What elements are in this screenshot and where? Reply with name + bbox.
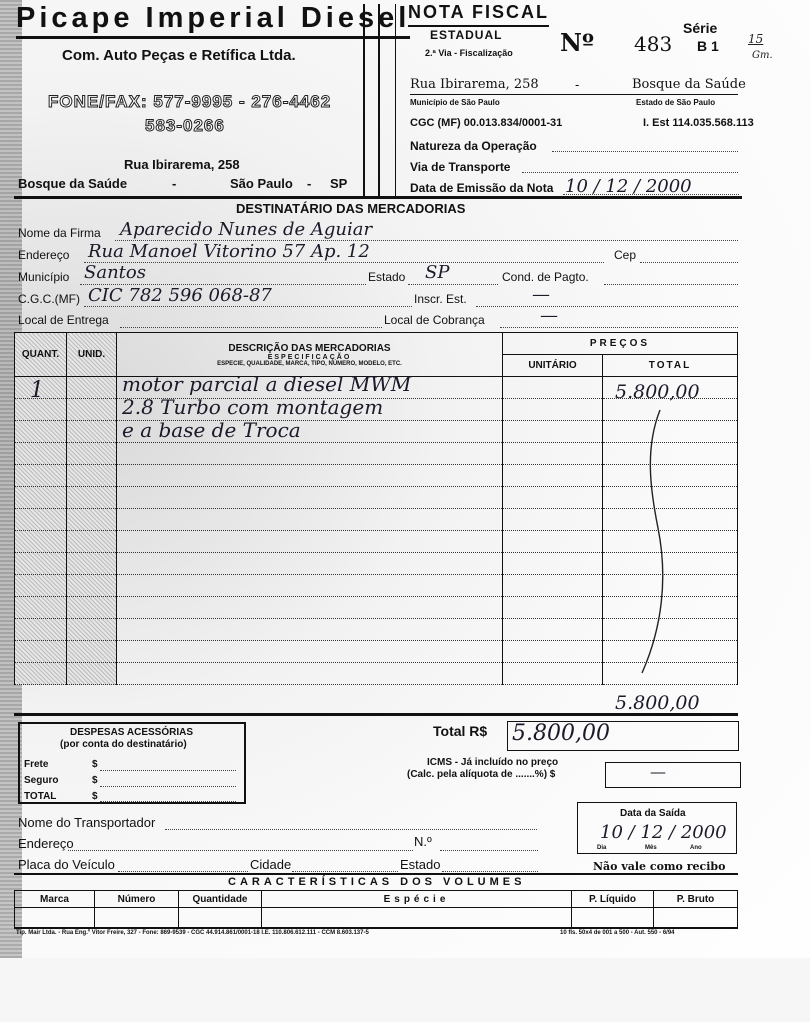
goods-row [15,597,738,619]
quantity-cell[interactable] [15,553,67,575]
icms-label: ICMS - Já incluído no preço [427,757,558,768]
issuer-name: Picape Imperial Diesel [16,2,410,39]
currency-symbol: $ [92,775,98,786]
section-divider [14,196,742,199]
expenses-total-field[interactable] [100,801,236,802]
plate-field[interactable] [118,871,248,872]
description-cell[interactable] [117,531,503,553]
recipient-ie-field [476,306,738,307]
volumes-title: CARACTERÍSTICAS DOS VOLUMES [228,876,525,888]
recipient-cep-field[interactable] [640,262,738,263]
unit-price-cell[interactable] [503,553,603,575]
unit-cell[interactable] [67,597,117,619]
unit-cell[interactable] [67,487,117,509]
issue-date-label: Data de Emissão da Nota [410,181,553,195]
exit-date-label: Data da Saída [620,808,686,819]
carrier-label: Nome do Transportador [18,815,155,830]
invoice-street: Rua Ibirarema, 258 [410,77,539,92]
item-description-line: e a base de Troca [122,419,411,442]
brand-cell[interactable] [15,908,95,928]
printer-imprint: Tip. Mair Ltda. - Rua Eng.º Vitor Freire… [16,930,369,936]
scan-bottom-margin [0,958,810,1022]
unit-cell[interactable] [67,399,117,421]
description-cell[interactable] [117,509,503,531]
recipient-ie-value[interactable]: — [532,284,550,305]
item-description-line: 2.8 Turbo com montagem [122,396,411,419]
item-quantity[interactable]: 1 [30,378,44,403]
header-divider [395,4,396,196]
recipient-state-value[interactable]: SP [425,262,449,283]
unit-price-cell[interactable] [503,641,603,663]
invoice-cgc: CGC (MF) 00.013.834/0001-31 [410,117,562,129]
handwritten-bracket-mark [640,408,680,678]
unit-cell[interactable] [67,619,117,641]
unit-price-cell[interactable] [503,399,603,421]
unit-cell[interactable] [67,575,117,597]
col-number-header: Número [95,891,179,908]
section-divider [14,713,738,716]
description-sub: ESPECIE, QUALIDADE, MARCA, TIPO, NÚMERO,… [117,361,502,367]
unit-price-cell[interactable] [503,619,603,641]
issuer-phone-2: 583-0266 [145,116,225,136]
issuer-street: Rua Ibirarema, 258 [124,157,240,172]
invoice-number: 483 [634,32,672,56]
recipient-address-value[interactable]: Rua Manoel Vitorino 57 Ap. 12 [88,241,370,262]
total-label: Total R$ [433,723,487,739]
recipient-billing-value[interactable]: — [540,305,558,326]
recipient-delivery-field[interactable] [120,327,382,328]
unit-price-cell[interactable] [503,421,603,443]
description-cell[interactable] [117,553,503,575]
quantity-cell[interactable] [15,619,67,641]
recipient-ie-label: Inscr. Est. [414,292,467,306]
day-label: Dia [597,845,606,851]
unit-cell[interactable] [67,377,117,399]
unit-price-cell[interactable] [503,531,603,553]
number-cell[interactable] [95,908,179,928]
description-title: DESCRIÇÃO DAS MERCADORIAS [228,343,390,354]
goods-row [15,663,738,685]
col-net-weight-header: P. Líquido [572,891,654,908]
recipient-section-title: DESTINATÁRIO DAS MERCADORIAS [236,201,465,216]
description-cell[interactable] [117,597,503,619]
recipient-delivery-label: Local de Entrega [18,313,109,327]
item-total[interactable]: 5.800,00 [615,381,700,403]
recipient-address-field [84,262,604,263]
icms-value[interactable]: — [650,762,666,781]
quantity-cell[interactable] [15,443,67,465]
goods-row [15,531,738,553]
carrier-city-field[interactable] [292,871,398,872]
invoice-type: ESTADUAL [430,28,502,42]
goods-row [15,509,738,531]
header-divider [363,4,365,196]
divider [410,94,738,95]
col-prices-header: PREÇOS [503,333,738,355]
recipient-state-field [408,284,498,285]
recipient-state-label: Estado [368,270,405,284]
carrier-city-label: Cidade [250,857,291,872]
month-label: Mês [645,845,657,851]
invoice-page: Picape Imperial Diesel Com. Auto Peças e… [0,0,810,1022]
quantity-cell[interactable] [15,465,67,487]
currency-symbol: $ [92,759,98,770]
issuer-subtitle: Com. Auto Peças e Retífica Ltda. [62,47,296,64]
quantity-cell[interactable] [15,575,67,597]
unit-cell[interactable] [67,421,117,443]
unit-cell[interactable] [67,443,117,465]
unit-cell[interactable] [67,663,117,685]
section-divider [14,873,738,875]
recipient-address-label: Endereço [18,248,69,262]
goods-row [15,465,738,487]
quantity-cell[interactable] [15,663,67,685]
col-unit-header: UNID. [67,333,117,377]
unit-cell[interactable] [67,509,117,531]
receipt-note: Não vale como recibo [593,860,725,873]
unit-price-cell[interactable] [503,377,603,399]
carrier-state-label: Estado [400,857,440,872]
quantity-cell[interactable] [15,509,67,531]
col-quantity-header: QUANT. [15,333,67,377]
total-value[interactable]: 5.800,00 [512,721,610,746]
goods-row [15,619,738,641]
separator: - [307,176,311,191]
recipient-cgc-value[interactable]: CIC 782 596 068-87 [88,285,272,306]
issue-date-field [563,194,739,195]
header-divider [378,4,380,196]
col-description-header: DESCRIÇÃO DAS MERCADORIAS ESPECIFICAÇÃO … [117,333,503,377]
print-run-info: 10 fls. 50x4 de 001 a 500 - Aut. 550 - 6… [560,930,675,936]
col-total-header: TOTAL [603,355,738,377]
issuer-phone-1: FONE/FAX: 577-9995 - 276-4462 [48,92,331,112]
icms-box [605,762,741,788]
invoice-copy: 2.ª Via - Fiscalização [425,48,513,58]
col-species-header: Espécie [262,891,572,908]
issuer-city: São Paulo [230,176,293,191]
recipient-name-value[interactable]: Aparecido Nunes de Aguiar [120,219,372,240]
series-value: B 1 [697,38,719,54]
recipient-cep-label: Cep [614,248,636,262]
freight-label: Frete [24,759,48,770]
description-cell[interactable] [117,641,503,663]
quantity-cell[interactable] [179,908,262,928]
recipient-payment-label: Cond. de Pagto. [502,270,589,284]
unit-price-cell[interactable] [503,487,603,509]
recipient-cgc-field [84,306,412,307]
unit-cell[interactable] [67,531,117,553]
goods-row [15,641,738,663]
operation-label: Natureza da Operação [410,139,537,153]
transport-label: Via de Transporte [410,160,510,174]
invoice-title: NOTA FISCAL [408,2,549,27]
recipient-billing-label: Local de Cobrança [384,313,485,327]
unit-cell[interactable] [67,553,117,575]
insurance-label: Seguro [24,775,58,786]
description-cell[interactable] [117,443,503,465]
gross-weight-cell[interactable] [654,908,738,928]
quantity-cell[interactable] [15,597,67,619]
quantity-cell[interactable] [15,487,67,509]
goods-row [15,487,738,509]
volumes-table: Marca Número Quantidade Espécie P. Líqui… [14,890,738,928]
col-gross-weight-header: P. Bruto [654,891,738,908]
item-description[interactable]: motor parcial a diesel MWM 2.8 Turbo com… [122,373,411,442]
description-cell[interactable] [117,575,503,597]
col-brand-header: Marca [15,891,95,908]
unit-price-cell[interactable] [503,509,603,531]
recipient-city-label: Município [18,270,69,284]
carrier-field[interactable] [165,829,537,830]
operation-field[interactable] [552,151,738,152]
unit-price-cell[interactable] [503,443,603,465]
insurance-field[interactable] [100,786,236,787]
unit-price-cell[interactable] [503,575,603,597]
description-spec: ESPECIFICAÇÃO [117,354,502,361]
expenses-title: DESPESAS ACESSÓRIAS [70,727,193,738]
quantity-cell[interactable] [15,531,67,553]
net-weight-cell[interactable] [572,908,654,928]
transport-field[interactable] [522,172,738,173]
invoice-state: Estado de São Paulo [636,98,715,107]
carrier-address-field[interactable] [68,850,413,851]
unit-price-cell[interactable] [503,663,603,685]
expenses-subtitle: (por conta do destinatário) [60,739,187,750]
footer-divider [14,927,738,929]
recipient-cgc-label: C.G.C.(MF) [18,292,80,306]
recipient-name-label: Nome da Firma [18,226,101,240]
goods-row [15,553,738,575]
expenses-total-label: TOTAL [24,791,56,802]
currency-symbol: $ [92,791,98,802]
description-cell[interactable] [117,663,503,685]
item-description-line: motor parcial a diesel MWM [122,373,411,396]
separator: - [575,77,579,92]
unit-cell[interactable] [67,641,117,663]
handwritten-annotation: Gm. [752,50,773,61]
description-cell[interactable] [117,619,503,641]
icms-rate-label: (Calc. pela alíquota de .......%) $ [407,769,555,780]
goods-row [15,443,738,465]
year-label: Ano [690,845,702,851]
description-cell[interactable] [117,465,503,487]
quantity-cell[interactable] [15,421,67,443]
recipient-payment-field[interactable] [604,284,738,285]
handwritten-annotation: 15 [748,32,763,46]
unit-price-cell[interactable] [503,465,603,487]
carrier-number-label: N.º [414,834,432,849]
plate-label: Placa do Veículo [18,857,115,872]
recipient-city-value[interactable]: Santos [84,262,146,283]
species-cell[interactable] [262,908,572,928]
description-cell[interactable] [117,487,503,509]
freight-field[interactable] [100,770,236,771]
carrier-state-field[interactable] [442,871,538,872]
goods-row [15,575,738,597]
carrier-number-field[interactable] [440,850,538,851]
invoice-neighborhood: Bosque da Saúde [632,77,746,92]
col-unit-price-header: UNITÁRIO [503,355,603,377]
carrier-address-label: Endereço [18,836,74,851]
exit-date-value[interactable]: 10 / 12 / 2000 [600,822,727,843]
col-quantity-header: Quantidade [179,891,262,908]
invoice-ie: I. Est 114.035.568.113 [643,117,754,129]
issuer-state: SP [330,176,347,191]
quantity-cell[interactable] [15,641,67,663]
separator: - [172,176,176,191]
unit-cell[interactable] [67,465,117,487]
invoice-municipality: Município de São Paulo [410,98,500,107]
series-label: Série [683,20,717,36]
recipient-billing-field [500,327,738,328]
invoice-number-label: Nº [560,28,594,57]
unit-price-cell[interactable] [503,597,603,619]
issuer-neighborhood: Bosque da Saúde [18,176,127,191]
goods-sum-total[interactable]: 5.800,00 [615,692,700,714]
